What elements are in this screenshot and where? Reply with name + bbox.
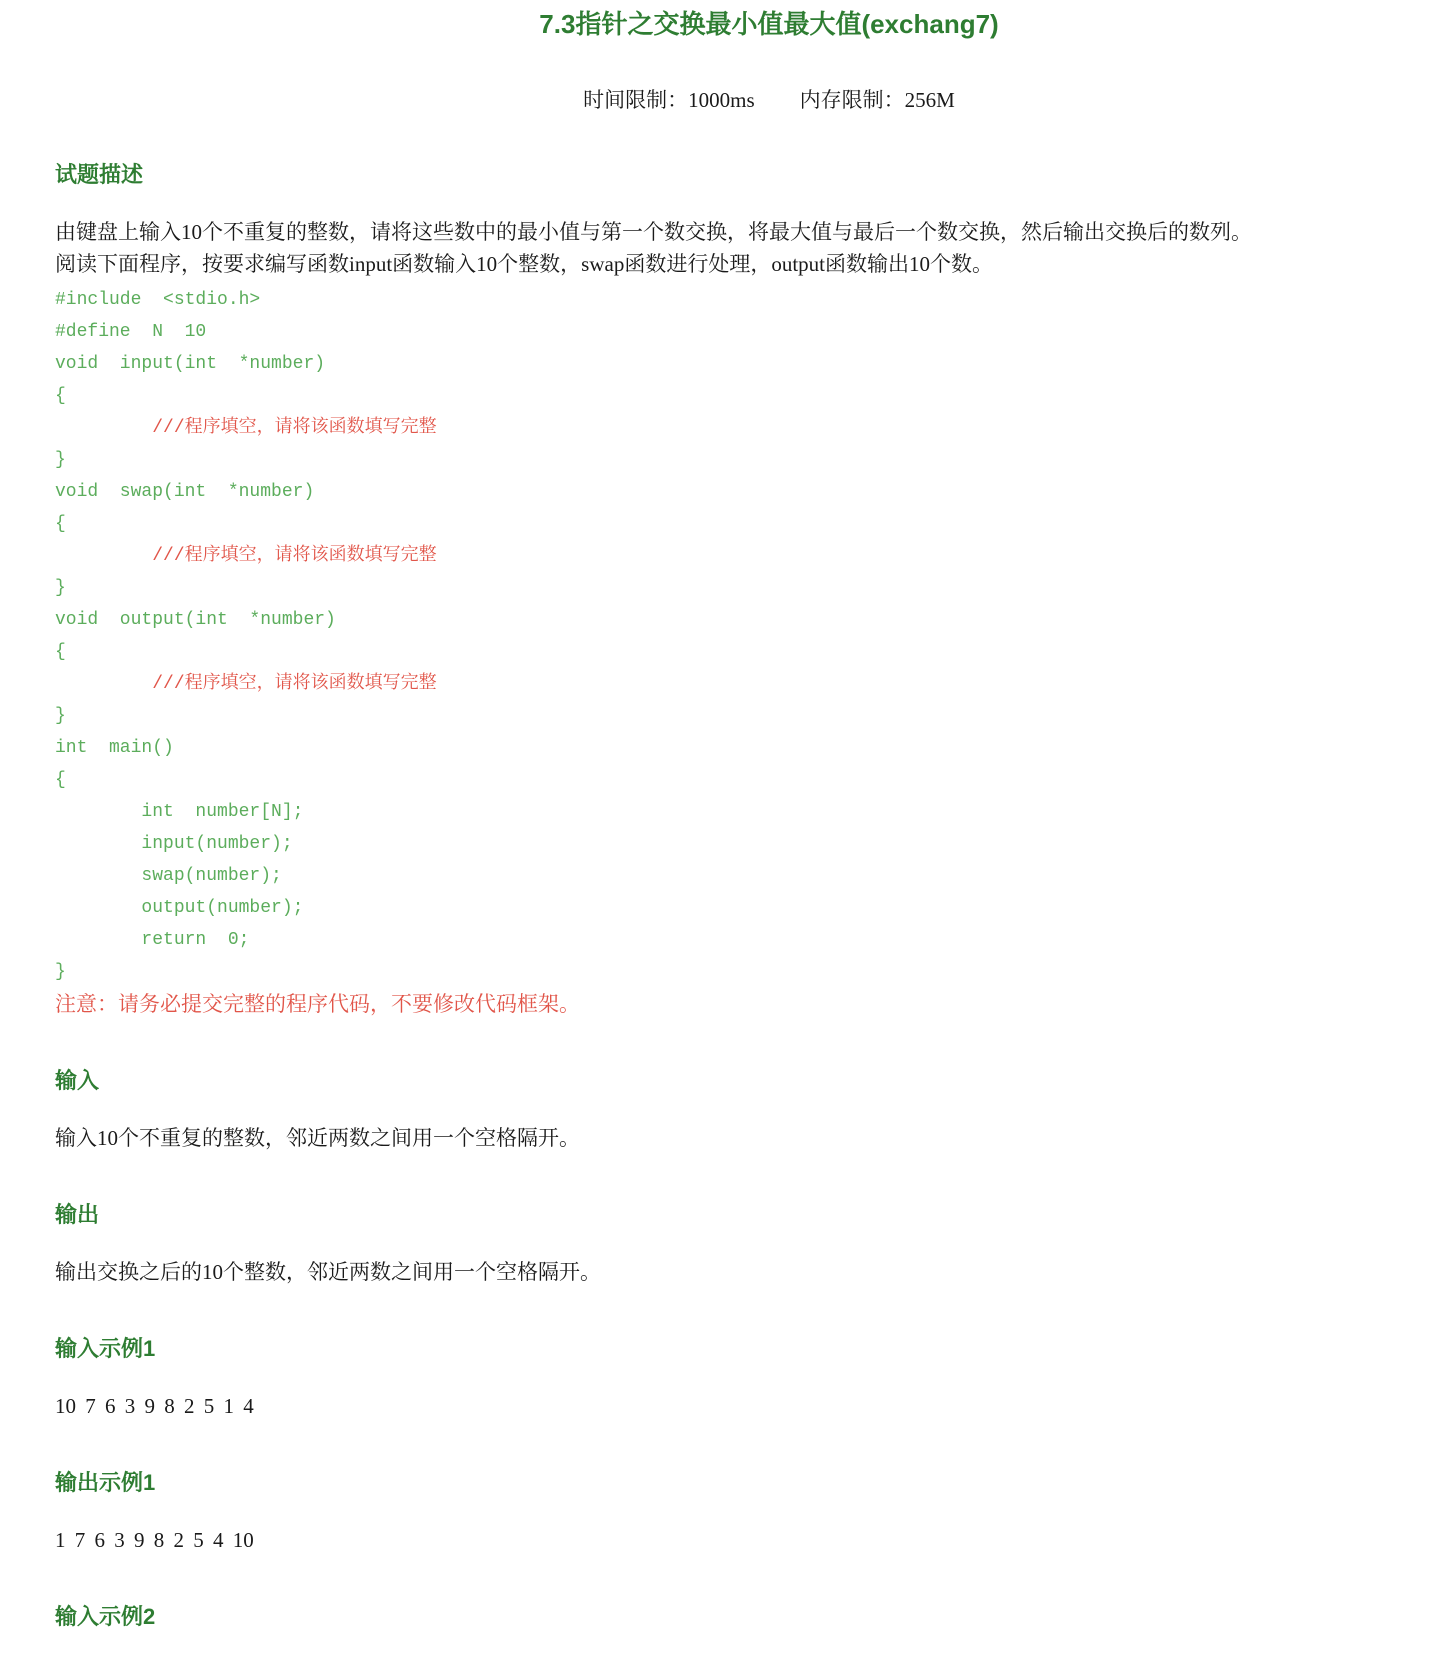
code-line: output(number); xyxy=(55,892,1393,924)
time-limit-value: 1000ms xyxy=(688,88,755,112)
section-heading-input: 输入 xyxy=(55,1066,1393,1096)
code-line: input(number); xyxy=(55,828,1393,860)
code-line: { xyxy=(55,764,1393,796)
code-line: } xyxy=(55,572,1393,604)
output-description: 输出交换之后的10个整数，邻近两数之间用一个空格隔开。 xyxy=(55,1256,1393,1288)
section-heading-input-example-2: 输入示例2 xyxy=(55,1602,1393,1632)
problem-title: 7.3指针之交换最小值最大值(exchang7) xyxy=(55,6,1393,42)
code-block: #include <stdio.h>#define N 10void input… xyxy=(55,284,1393,988)
code-line: swap(number); xyxy=(55,860,1393,892)
code-fill-blank-comment: ///程序填空，请将该函数填写完整 xyxy=(55,540,1393,572)
input-example-1-data: 10 7 6 3 9 8 2 5 1 4 xyxy=(55,1390,1393,1422)
description-line: 由键盘上输入10个不重复的整数，请将这些数中的最小值与第一个数交换，将最大值与最… xyxy=(55,216,1393,248)
code-line: { xyxy=(55,380,1393,412)
code-line: { xyxy=(55,508,1393,540)
description-line: 阅读下面程序，按要求编写函数input函数输入10个整数，swap函数进行处理，… xyxy=(55,248,1393,280)
code-line: int main() xyxy=(55,732,1393,764)
code-line: { xyxy=(55,636,1393,668)
memory-limit-value: 256M xyxy=(905,88,955,112)
code-line: } xyxy=(55,956,1393,988)
output-example-1-data: 1 7 6 3 9 8 2 5 4 10 xyxy=(55,1524,1393,1556)
section-heading-output-example-1: 输出示例1 xyxy=(55,1468,1393,1498)
code-fill-blank-comment: ///程序填空，请将该函数填写完整 xyxy=(55,668,1393,700)
code-line: void input(int *number) xyxy=(55,348,1393,380)
section-heading-output: 输出 xyxy=(55,1200,1393,1230)
code-line: #include <stdio.h> xyxy=(55,284,1393,316)
limits-line: 时间限制：1000ms内存限制：256M xyxy=(55,86,1393,114)
code-line: #define N 10 xyxy=(55,316,1393,348)
problem-page: 7.3指针之交换最小值最大值(exchang7) 时间限制：1000ms内存限制… xyxy=(55,6,1393,1632)
memory-limit: 内存限制：256M xyxy=(800,88,955,112)
code-line: } xyxy=(55,444,1393,476)
memory-limit-label: 内存限制： xyxy=(800,88,905,112)
input-description: 输入10个不重复的整数，邻近两数之间用一个空格隔开。 xyxy=(55,1122,1393,1154)
time-limit: 时间限制：1000ms xyxy=(583,88,755,112)
code-line: int number[N]; xyxy=(55,796,1393,828)
code-line: } xyxy=(55,700,1393,732)
section-heading-input-example-1: 输入示例1 xyxy=(55,1334,1393,1364)
code-line: void output(int *number) xyxy=(55,604,1393,636)
code-line: return 0; xyxy=(55,924,1393,956)
code-line: void swap(int *number) xyxy=(55,476,1393,508)
description-paragraph: 由键盘上输入10个不重复的整数，请将这些数中的最小值与第一个数交换，将最大值与最… xyxy=(55,216,1393,280)
code-fill-blank-comment: ///程序填空，请将该函数填写完整 xyxy=(55,412,1393,444)
time-limit-label: 时间限制： xyxy=(583,88,688,112)
section-heading-description: 试题描述 xyxy=(55,160,1393,190)
submit-note: 注意：请务必提交完整的程序代码，不要修改代码框架。 xyxy=(55,988,1393,1020)
